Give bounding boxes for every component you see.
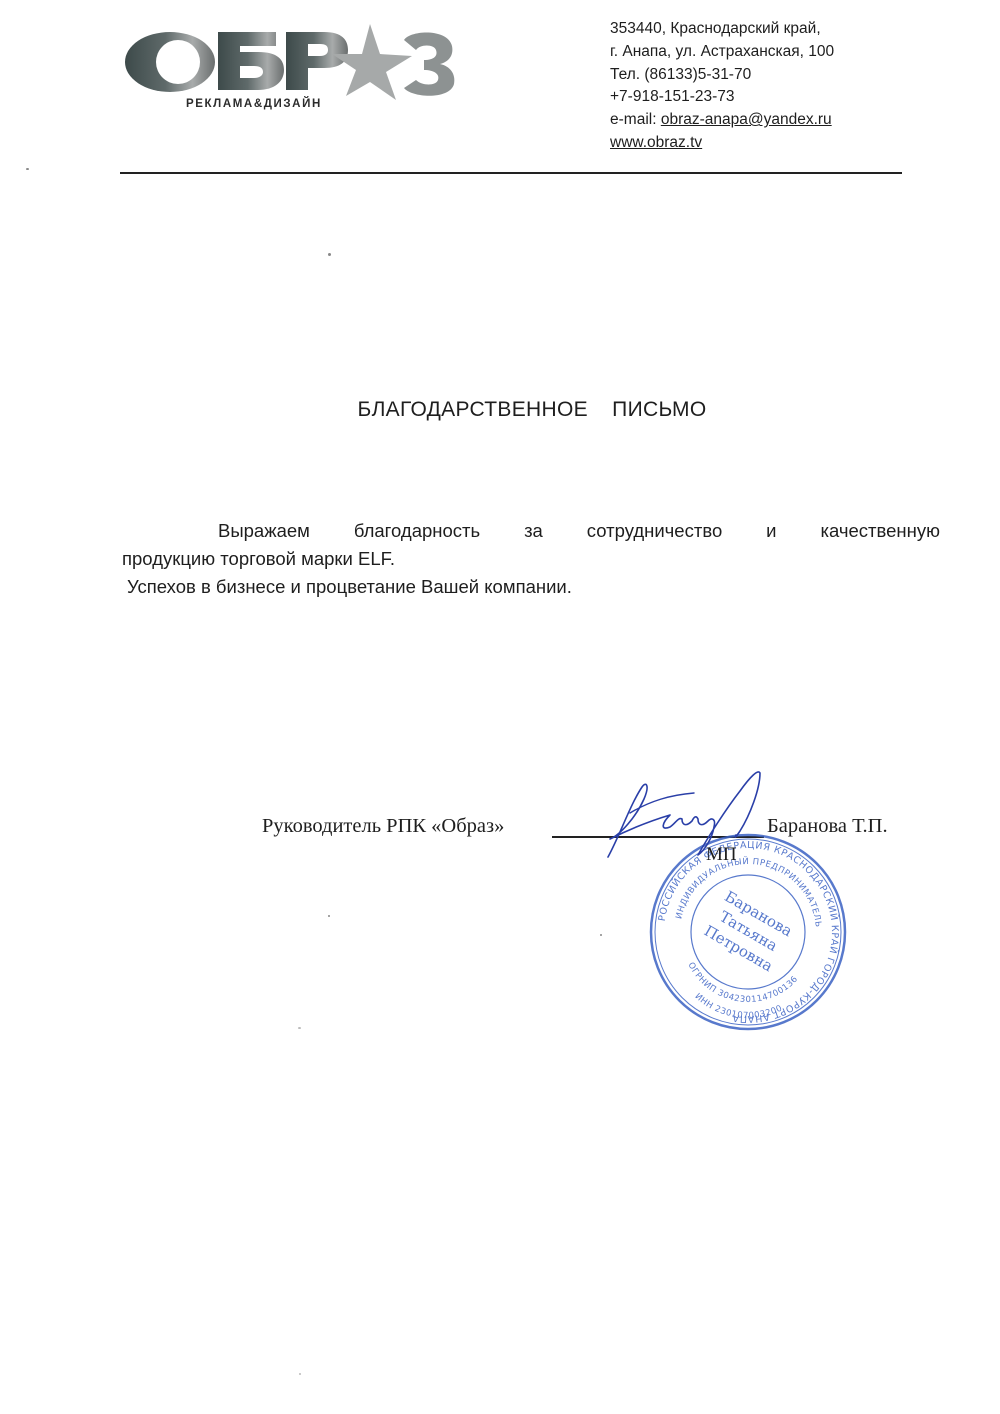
- address-line-1: 353440, Краснодарский край,: [610, 18, 834, 41]
- word: сотрудничество: [587, 520, 722, 542]
- word: благодарность: [354, 520, 480, 542]
- logo-tagline: РЕКЛАМА&ДИЗАЙН: [186, 97, 322, 110]
- signatory-position: Руководитель РПК «Образ»: [262, 815, 504, 838]
- email-label: e-mail:: [610, 111, 661, 128]
- scan-artifact: [299, 1373, 301, 1375]
- company-logo: РЕКЛАМА&ДИЗАЙН: [118, 18, 458, 110]
- email-row: e-mail: obraz-anapa@yandex.ru: [610, 109, 834, 132]
- contact-block: 353440, Краснодарский край, г. Анапа, ул…: [610, 18, 834, 155]
- logo-graphic: РЕКЛАМА&ДИЗАЙН: [118, 18, 458, 110]
- scan-artifact: [328, 253, 331, 256]
- scan-artifact: [26, 168, 29, 170]
- paragraph-1-line-1: Выражаем благодарность за сотрудничество…: [218, 520, 940, 542]
- word: за: [524, 520, 543, 542]
- signature-scribble-icon: [590, 765, 780, 865]
- paragraph-1-line-2: продукцию торговой марки ELF.: [122, 548, 395, 570]
- website-link[interactable]: www.obraz.tv: [610, 132, 834, 155]
- scan-artifact: [600, 934, 602, 936]
- paragraph-2: Успехов в бизнесе и процветание Вашей ко…: [127, 576, 572, 598]
- word: Выражаем: [218, 520, 310, 542]
- handwritten-signature: [590, 765, 780, 865]
- mobile-phone: +7-918-151-23-73: [610, 86, 834, 109]
- phone: Тел. (86133)5-31-70: [610, 64, 834, 87]
- word: качественную: [820, 520, 940, 542]
- scan-artifact: [298, 1027, 301, 1029]
- email-link[interactable]: obraz-anapa@yandex.ru: [661, 111, 832, 128]
- header-divider: [120, 172, 902, 174]
- scan-artifact: [328, 915, 330, 917]
- word: и: [766, 520, 776, 542]
- address-line-2: г. Анапа, ул. Астраханская, 100: [610, 41, 834, 64]
- document-title: БЛАГОДАРСТВЕННОЕ ПИСЬМО: [0, 398, 1000, 422]
